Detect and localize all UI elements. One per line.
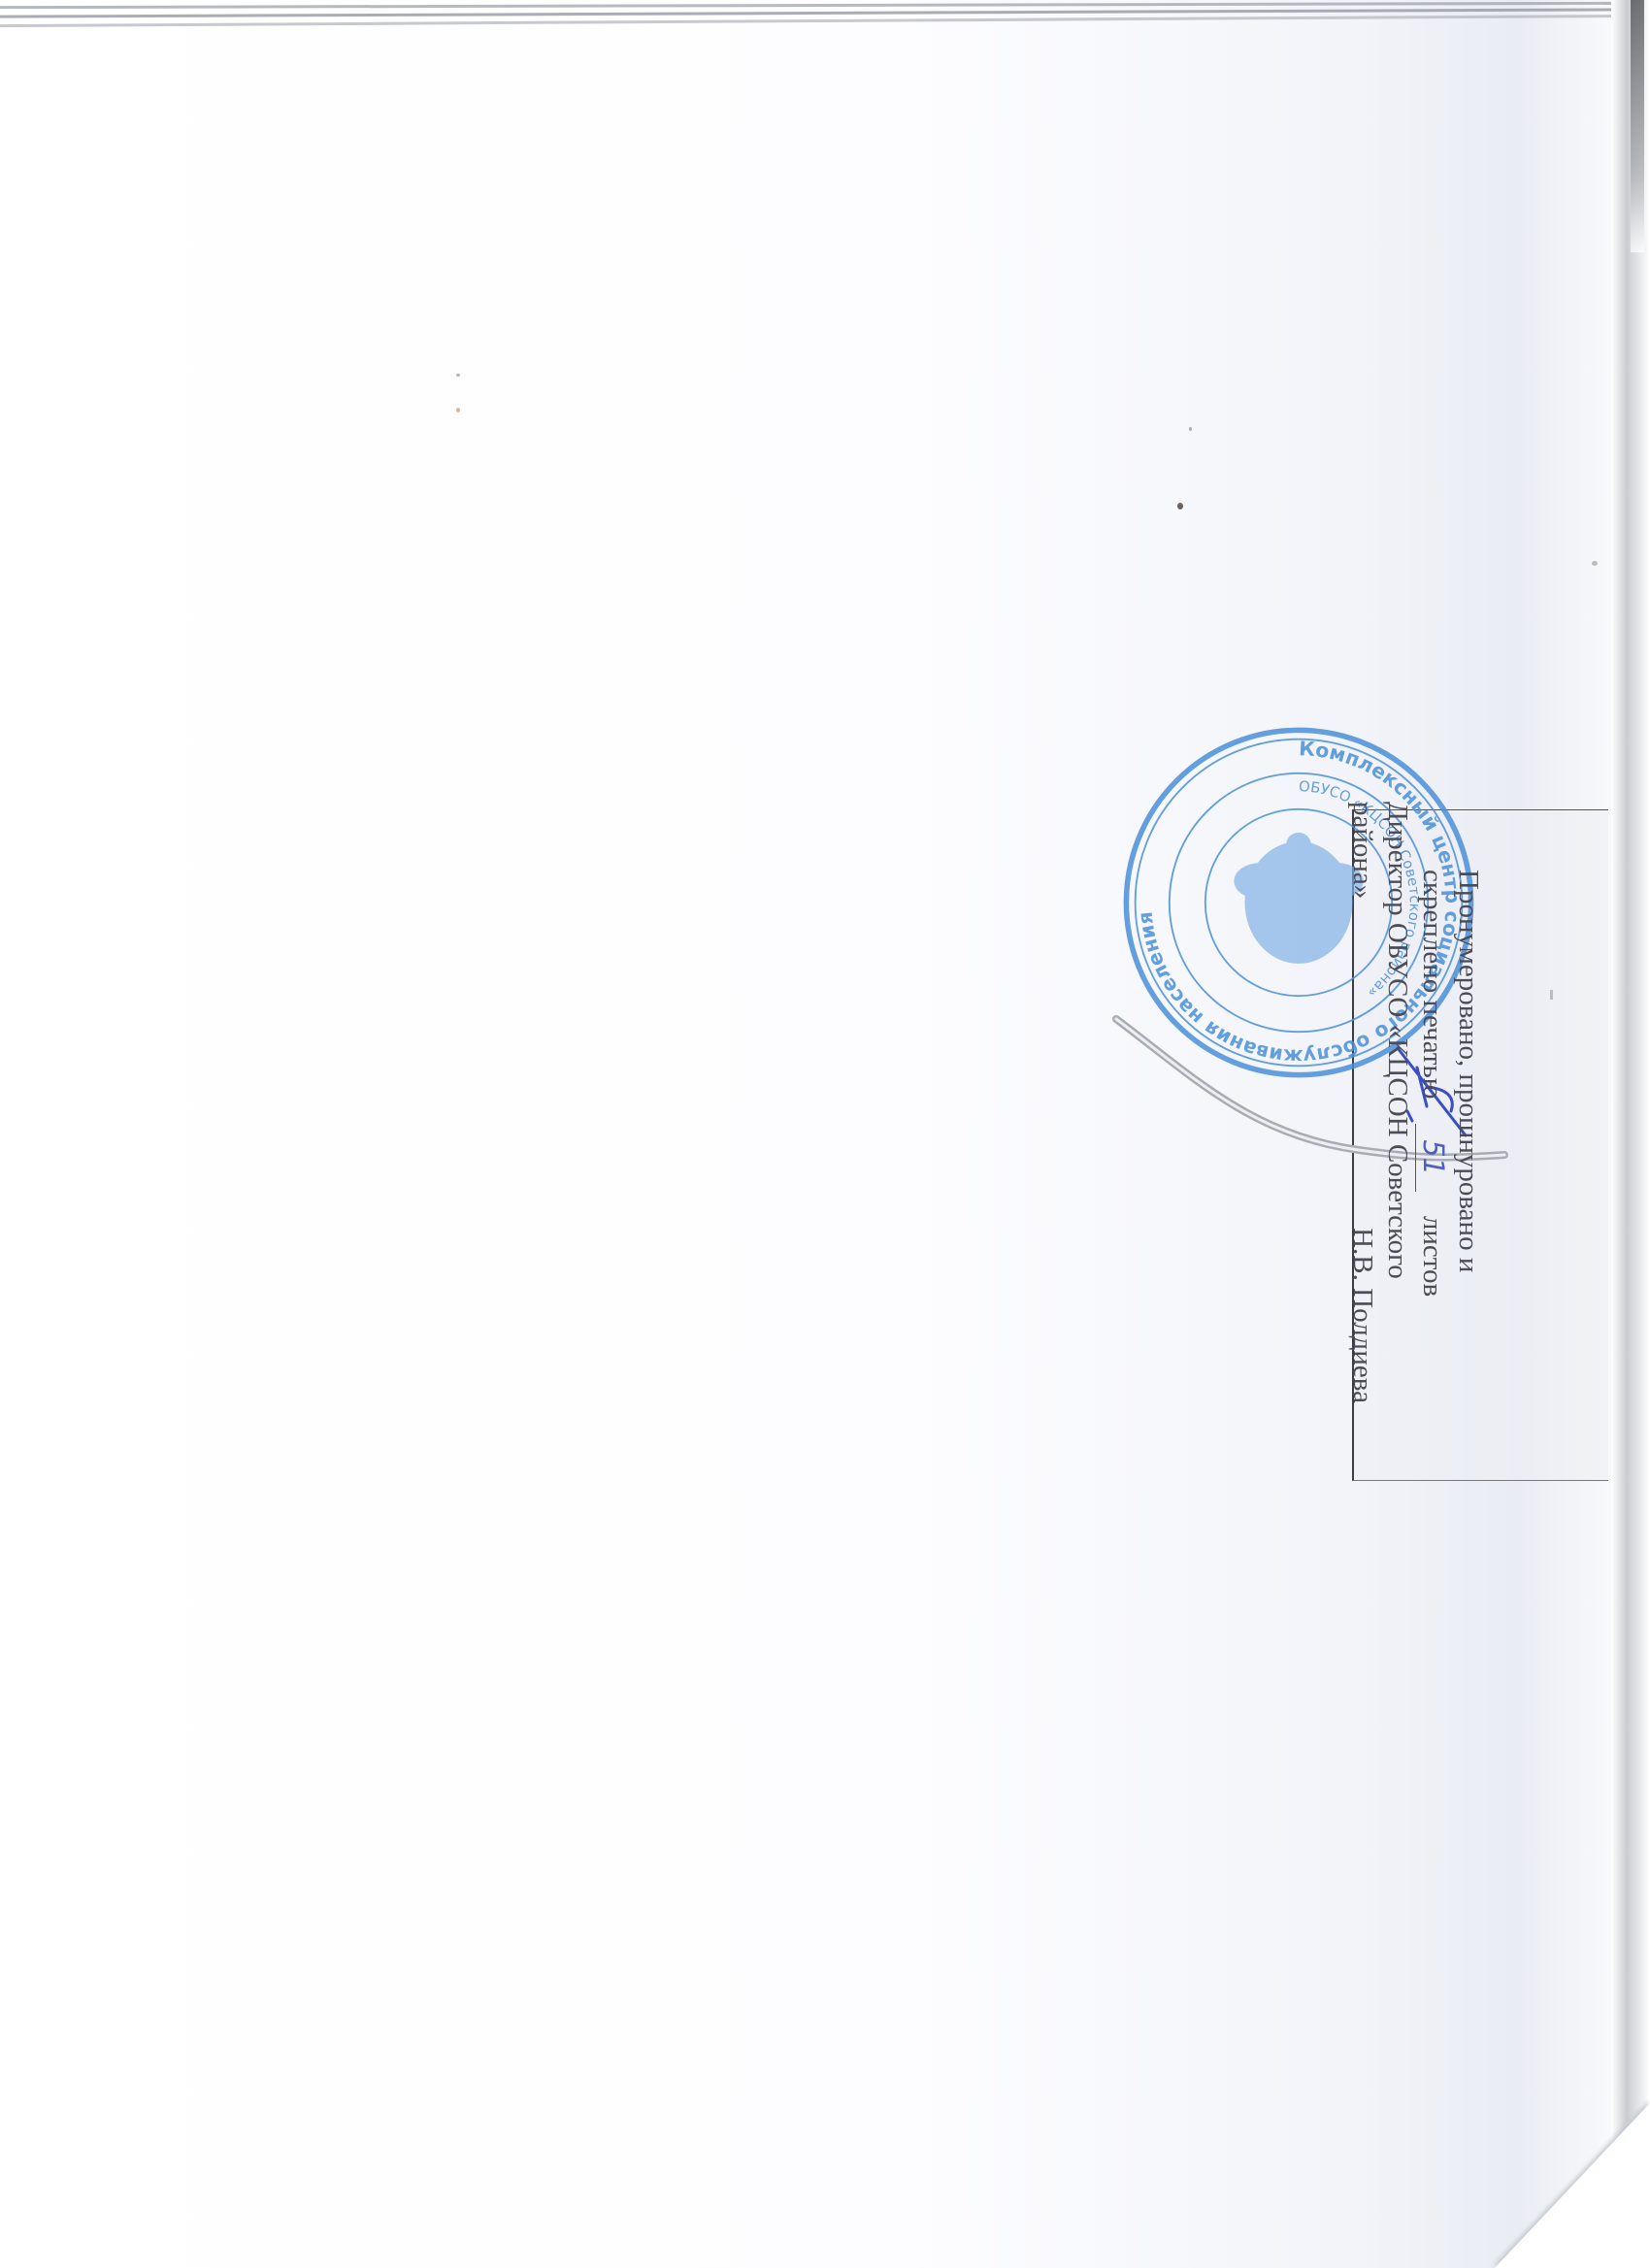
- label-line-2-suffix: листов: [1417, 1216, 1448, 1297]
- label-org: района»: [1345, 802, 1380, 899]
- signatory-name: Н.В. Полдиева: [1345, 1228, 1380, 1403]
- binding-shadow: [1611, 0, 1650, 2268]
- label-line-3: Директор ОБУСО «КЦСОН Советского: [1380, 802, 1415, 1471]
- folded-corner: [1495, 2103, 1650, 2268]
- label-line-1: Пронумеровано, прошнуровано и: [1451, 802, 1486, 1471]
- sheet-count: 51: [1415, 1124, 1451, 1192]
- scan-speck: [1189, 427, 1192, 431]
- binding-certification-text: Пронумеровано, прошнуровано и скреплено …: [1232, 802, 1486, 1471]
- scanned-page: Комплексный центр социального обслуживан…: [0, 0, 1650, 2268]
- scan-speck: [456, 374, 460, 377]
- page-edge: [0, 2, 1621, 9]
- binding-shadow: [1631, 0, 1644, 252]
- label-line-2: скреплено печатью 51 листов: [1415, 802, 1451, 1471]
- label-line-4: района» Н.В. Полдиева: [1345, 802, 1380, 1471]
- scan-speck: [1177, 503, 1183, 509]
- scan-speck: [456, 408, 460, 412]
- scan-speck: [1592, 561, 1598, 566]
- label-line-2-prefix: скреплено печатью: [1417, 870, 1448, 1099]
